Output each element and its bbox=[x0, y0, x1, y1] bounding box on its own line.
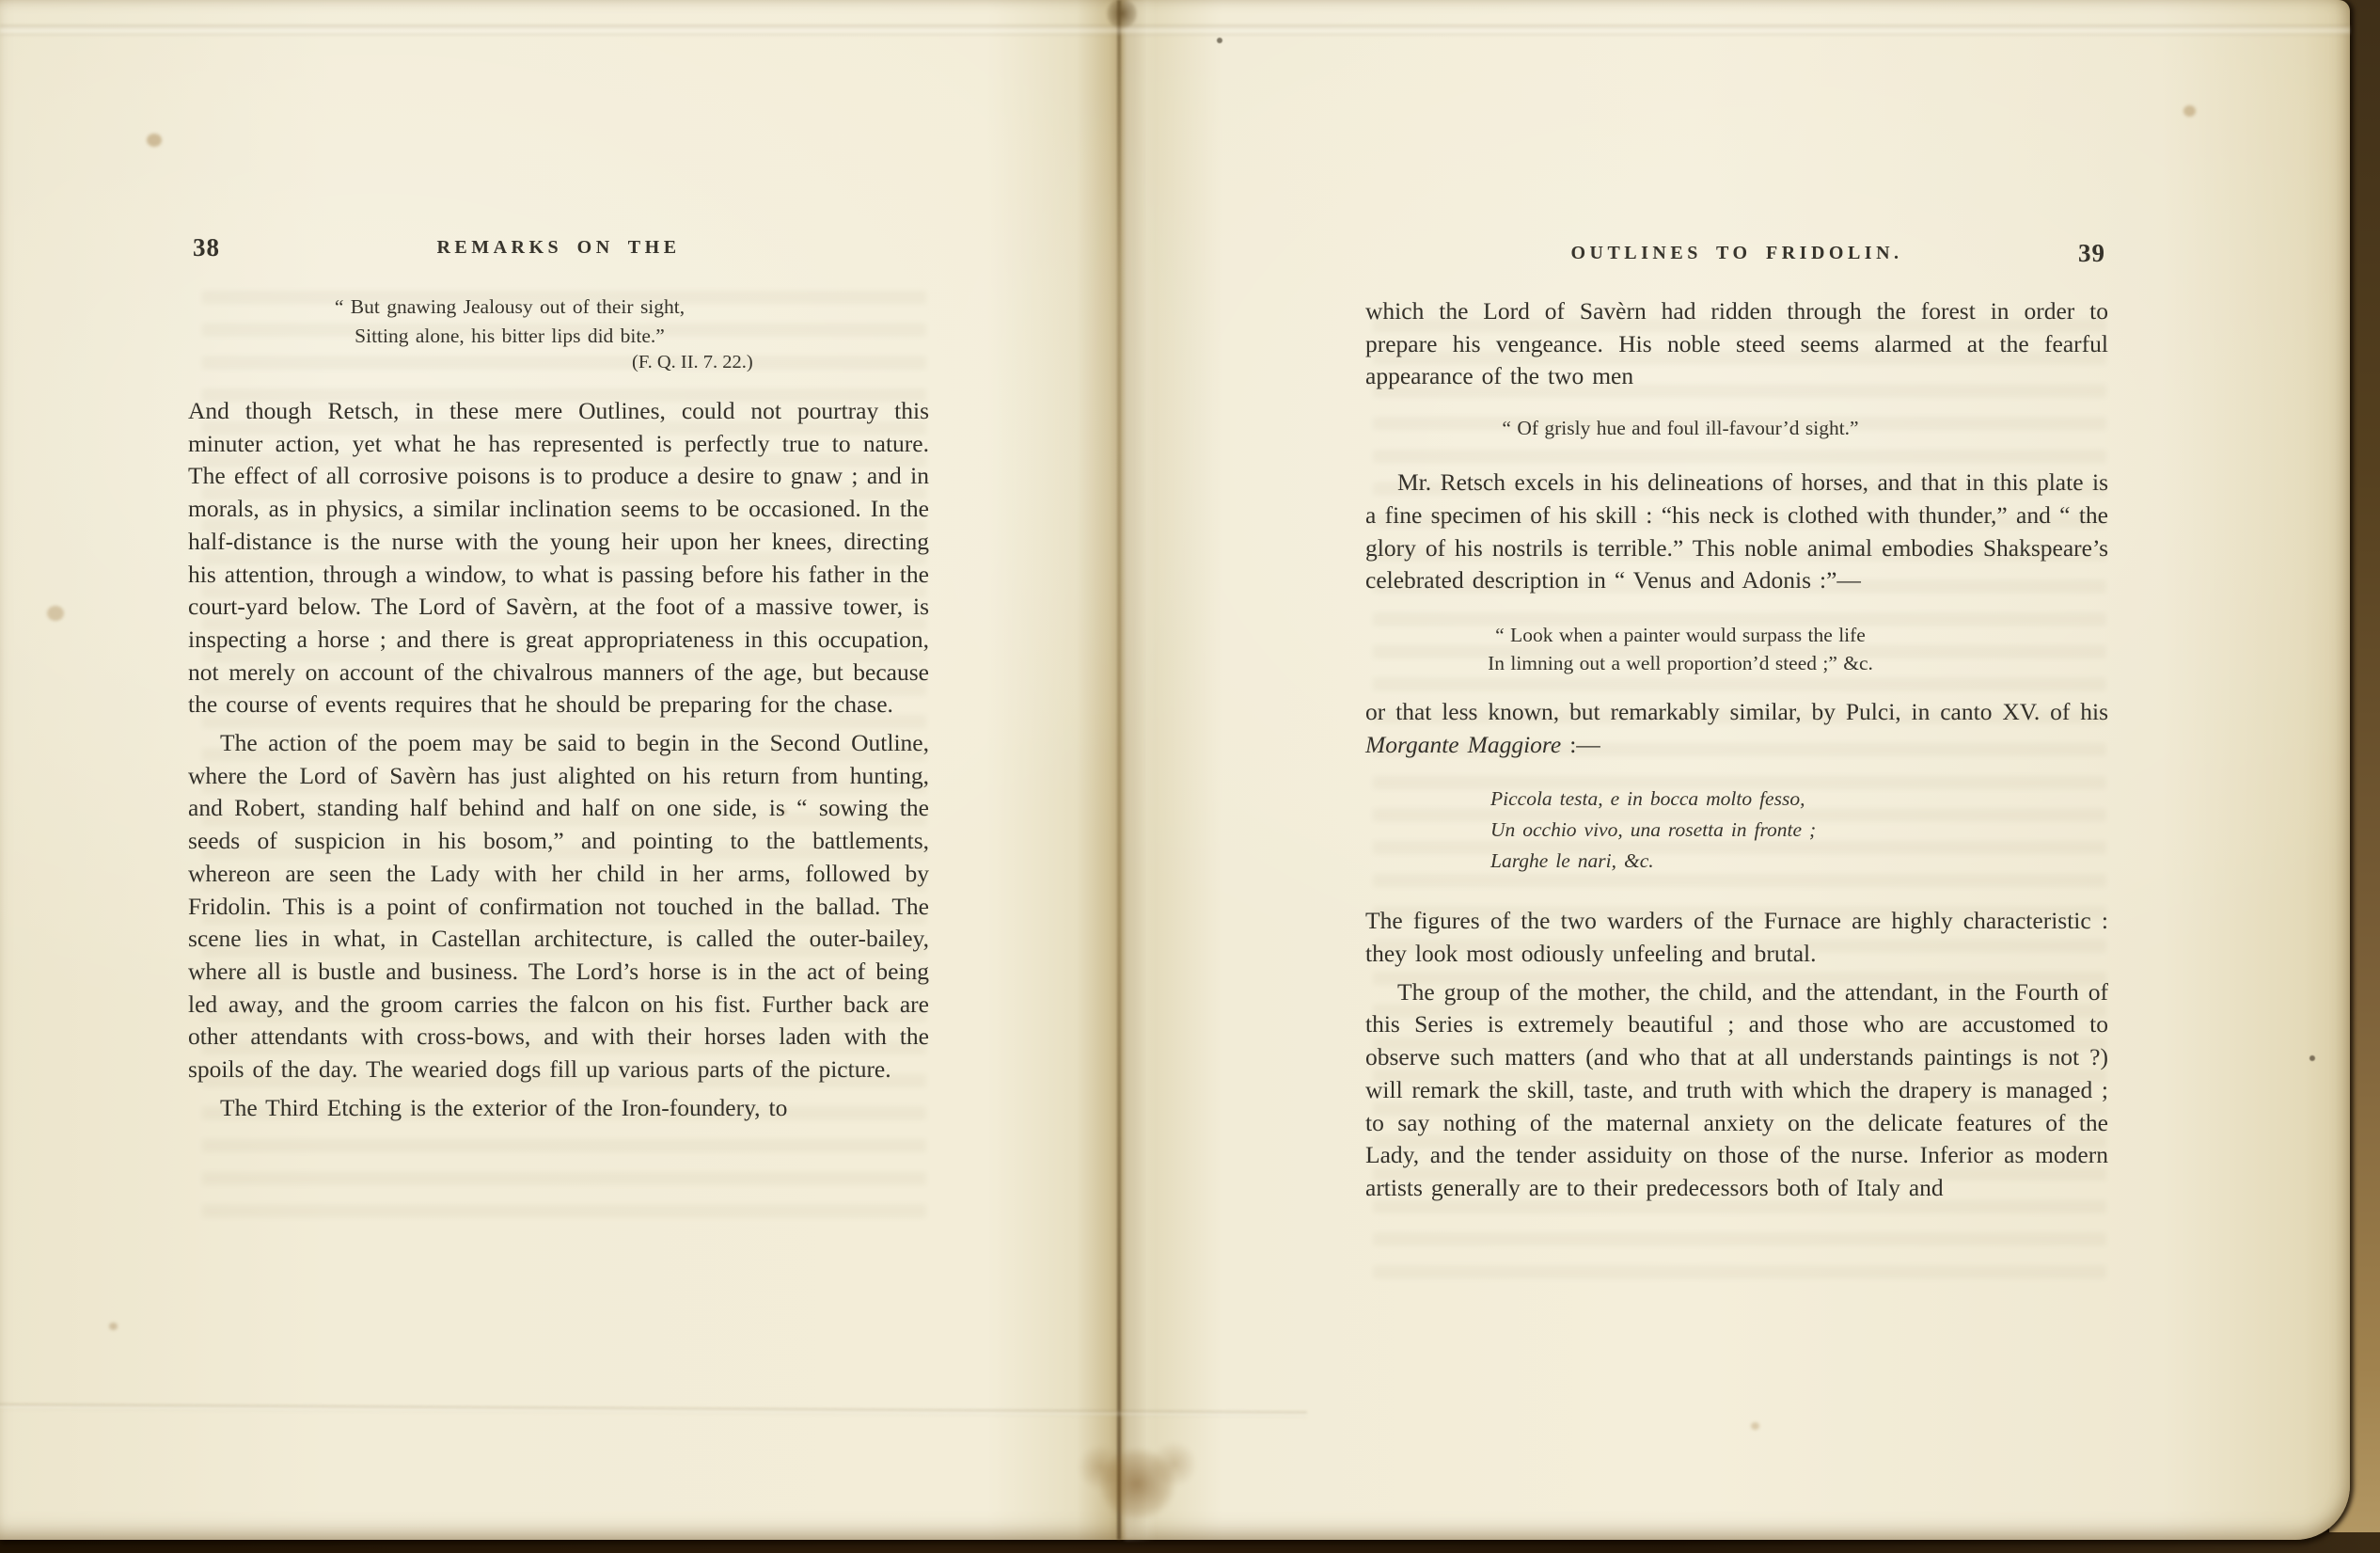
paragraph-text: or that less known, but remarkably simil… bbox=[1365, 698, 2108, 725]
paragraph: And though Retsch, in these mere Outline… bbox=[188, 395, 929, 721]
paper-crease-top bbox=[0, 24, 2350, 36]
gutter-fold-highlight bbox=[1125, 0, 1157, 1540]
epigraph-citation: (F. Q. II. 7. 22.) bbox=[632, 352, 753, 373]
open-page-spread: 38 REMARKS ON THE “ But gnawing Jealousy… bbox=[0, 0, 2350, 1540]
foxing-spot bbox=[2309, 1055, 2315, 1061]
verse-line: Un occhio vivo, una rosetta in fronte ; bbox=[1490, 815, 2108, 846]
paragraph: or that less known, but remarkably simil… bbox=[1365, 696, 2108, 761]
page-number-right: 39 bbox=[2078, 239, 2105, 268]
paper-crease-bottom bbox=[0, 1403, 1307, 1418]
verse-line: Piccola testa, e in bocca molto fesso, bbox=[1490, 784, 2108, 815]
verse-line: “ Of grisly hue and foul ill-favour’d si… bbox=[1365, 414, 1995, 442]
verse-line: “ Look when a painter would surpass the … bbox=[1365, 621, 1995, 649]
foxing-spot bbox=[1217, 38, 1222, 43]
paragraph: The action of the poem may be said to be… bbox=[188, 727, 929, 1086]
running-header-left: REMARKS ON THE bbox=[188, 237, 929, 259]
epigraph-line: “ But gnawing Jealousy out of their sigh… bbox=[188, 293, 831, 322]
foxing-spot bbox=[47, 606, 64, 621]
epigraph-line: Sitting alone, his bitter lips did bite.… bbox=[188, 322, 831, 351]
paragraph-text: :— bbox=[1561, 731, 1600, 758]
foxing-spot bbox=[1751, 1422, 1759, 1430]
foxing-spot bbox=[109, 1323, 118, 1330]
left-page-body-text: And though Retsch, in these mere Outline… bbox=[188, 395, 929, 1124]
epigraph-quote: “ But gnawing Jealousy out of their sigh… bbox=[188, 293, 929, 350]
paragraph: The group of the mother, the child, and … bbox=[1365, 976, 2108, 1205]
verse-quotation: “ Of grisly hue and foul ill-favour’d si… bbox=[1365, 414, 1995, 442]
paragraph: Mr. Retsch excels in his delineations of… bbox=[1365, 467, 2108, 597]
italian-verse-quotation: Piccola testa, e in bocca molto fesso, U… bbox=[1365, 784, 2108, 877]
right-page-body-text: which the Lord of Savèrn had ridden thro… bbox=[1365, 295, 2108, 1205]
verse-quotation: “ Look when a painter would surpass the … bbox=[1365, 621, 1995, 677]
running-header-right: OUTLINES TO FRIDOLIN. bbox=[1365, 243, 2108, 264]
gutter-bottom-stain bbox=[1051, 1418, 1217, 1528]
foxing-spot bbox=[2183, 105, 2196, 117]
italic-title: Morgante Maggiore bbox=[1365, 731, 1561, 758]
paragraph: which the Lord of Savèrn had ridden thro… bbox=[1365, 295, 2108, 393]
verse-line: In limning out a well proportion’d steed… bbox=[1365, 649, 1995, 677]
paragraph: The Third Etching is the exterior of the… bbox=[188, 1092, 929, 1125]
paragraph: The figures of the two warders of the Fu… bbox=[1365, 905, 2108, 970]
gutter-fold-line bbox=[1117, 0, 1121, 1540]
book-scan: { "palette": { "paper": "#f3edd8", "ink"… bbox=[0, 0, 2380, 1553]
foxing-spot bbox=[147, 134, 162, 147]
verse-line: Larghe le nari, &c. bbox=[1490, 846, 2108, 877]
